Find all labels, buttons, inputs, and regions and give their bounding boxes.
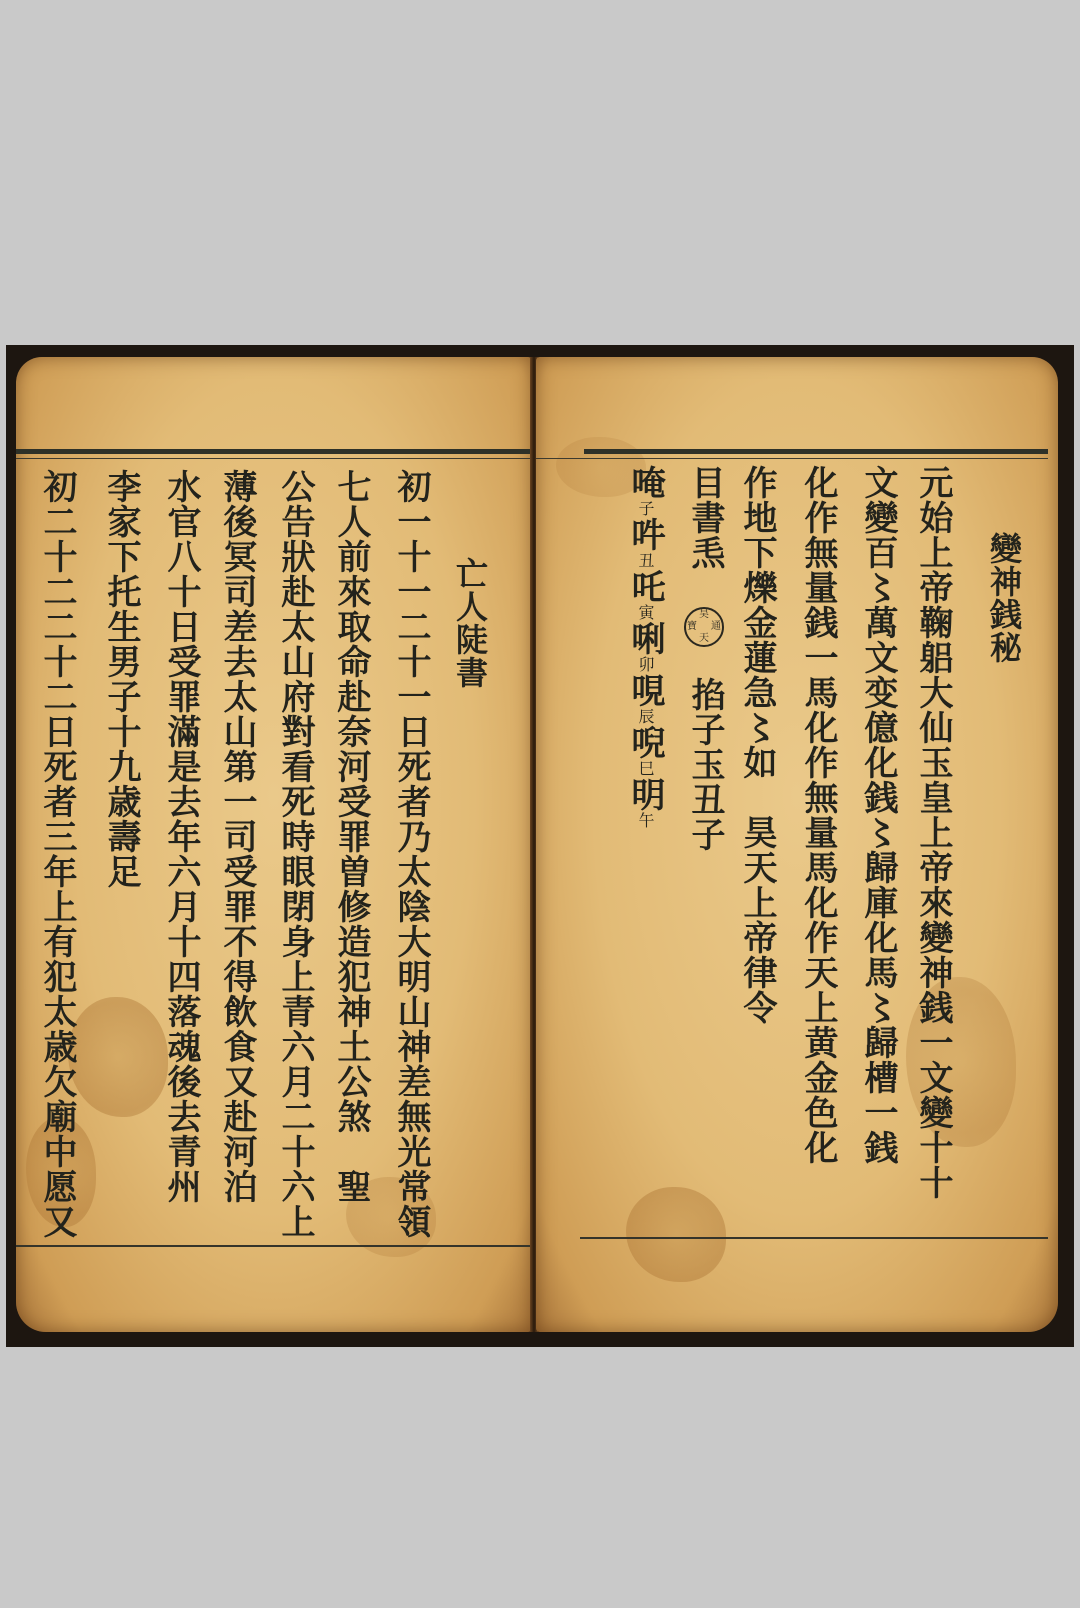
top-border-rule xyxy=(584,449,1048,454)
text-column: 公告狀赴太山府對看死時眼閉身上青六月二十六上 xyxy=(278,469,312,1239)
mantra-syllable: 唎 xyxy=(625,621,665,656)
seal-char: 通 xyxy=(711,622,721,632)
bottom-border-rule xyxy=(580,1237,1048,1239)
earthly-branch: 辰 xyxy=(636,708,655,725)
earthly-branch: 巳 xyxy=(636,760,655,777)
earthly-branch: 午 xyxy=(636,812,655,829)
water-stain xyxy=(626,1187,726,1282)
text-column: 作地下爍金蓮急〻如 昊天上帝律令 xyxy=(740,465,774,1025)
text-column: 元始上帝鞠躳大仙玉皇上帝來變神銭一文變十十 xyxy=(916,465,950,1200)
top-border-rule-thin xyxy=(16,458,532,459)
water-stain xyxy=(68,997,168,1117)
text-column: 文變百〻萬文变億化銭〻歸庫化馬〻歸槽一銭 xyxy=(861,465,895,1165)
top-border-rule-thin xyxy=(536,458,1048,459)
mantra-syllable: 唲 xyxy=(625,725,665,760)
text-column: 初二十二二十二日死者三年上有犯太歳欠廟中愿又 xyxy=(40,469,74,1239)
top-border-rule xyxy=(16,449,532,454)
book-scan: 亡人陡書 初一十一二十一日死者乃太陰大明山神差無光常領 七人前來取命赴奈河受罪曽… xyxy=(6,345,1074,1347)
mantra-syllable: 吒 xyxy=(625,569,665,604)
mantra-syllable: 吽 xyxy=(625,517,665,552)
seal-char: 天 xyxy=(699,634,709,644)
left-heading: 亡人陡書 xyxy=(454,557,486,689)
text-column: 掐子玉丑子 xyxy=(688,677,722,852)
left-page: 亡人陡書 初一十一二十一日死者乃太陰大明山神差無光常領 七人前來取命赴奈河受罪曽… xyxy=(16,357,532,1332)
coin-seal-stamp: 昊 通 天 寶 xyxy=(684,607,724,647)
text-column: 水官八十日受罪滿是去年六月十四落魂後去青州 xyxy=(164,469,198,1204)
mantra-column: 唵子吽丑吒寅唎卯哯辰唲巳明午 xyxy=(628,465,662,829)
mantra-syllable: 明 xyxy=(625,777,665,812)
seal-char: 昊 xyxy=(699,610,709,620)
right-title: 變神銭秘 xyxy=(988,532,1020,664)
text-column: 化作無量銭一馬化作無量馬化作天上黄金色化 xyxy=(801,465,835,1165)
text-column: 目書𤆬 xyxy=(688,465,722,570)
earthly-branch: 寅 xyxy=(636,604,655,621)
text-column: 七人前來取命赴奈河受罪曽修造犯神土公煞 聖 xyxy=(334,469,368,1204)
text-column: 薄後冥司差去太山第一司受罪不得飲食又赴河泊 xyxy=(220,469,254,1204)
text-column: 初一十一二十一日死者乃太陰大明山神差無光常領 xyxy=(394,469,428,1239)
mantra-syllable: 唵 xyxy=(625,465,665,500)
text-column: 李家下托生男子十九歳壽足 xyxy=(104,469,138,889)
seal-char: 寶 xyxy=(687,622,697,632)
mantra-syllable: 哯 xyxy=(625,673,665,708)
bottom-border-rule xyxy=(16,1245,532,1247)
earthly-branch: 子 xyxy=(636,500,655,517)
earthly-branch: 卯 xyxy=(636,656,655,673)
right-page: 變神銭秘 元始上帝鞠躳大仙玉皇上帝來變神銭一文變十十 文變百〻萬文变億化銭〻歸庫… xyxy=(536,357,1058,1332)
earthly-branch: 丑 xyxy=(636,552,655,569)
